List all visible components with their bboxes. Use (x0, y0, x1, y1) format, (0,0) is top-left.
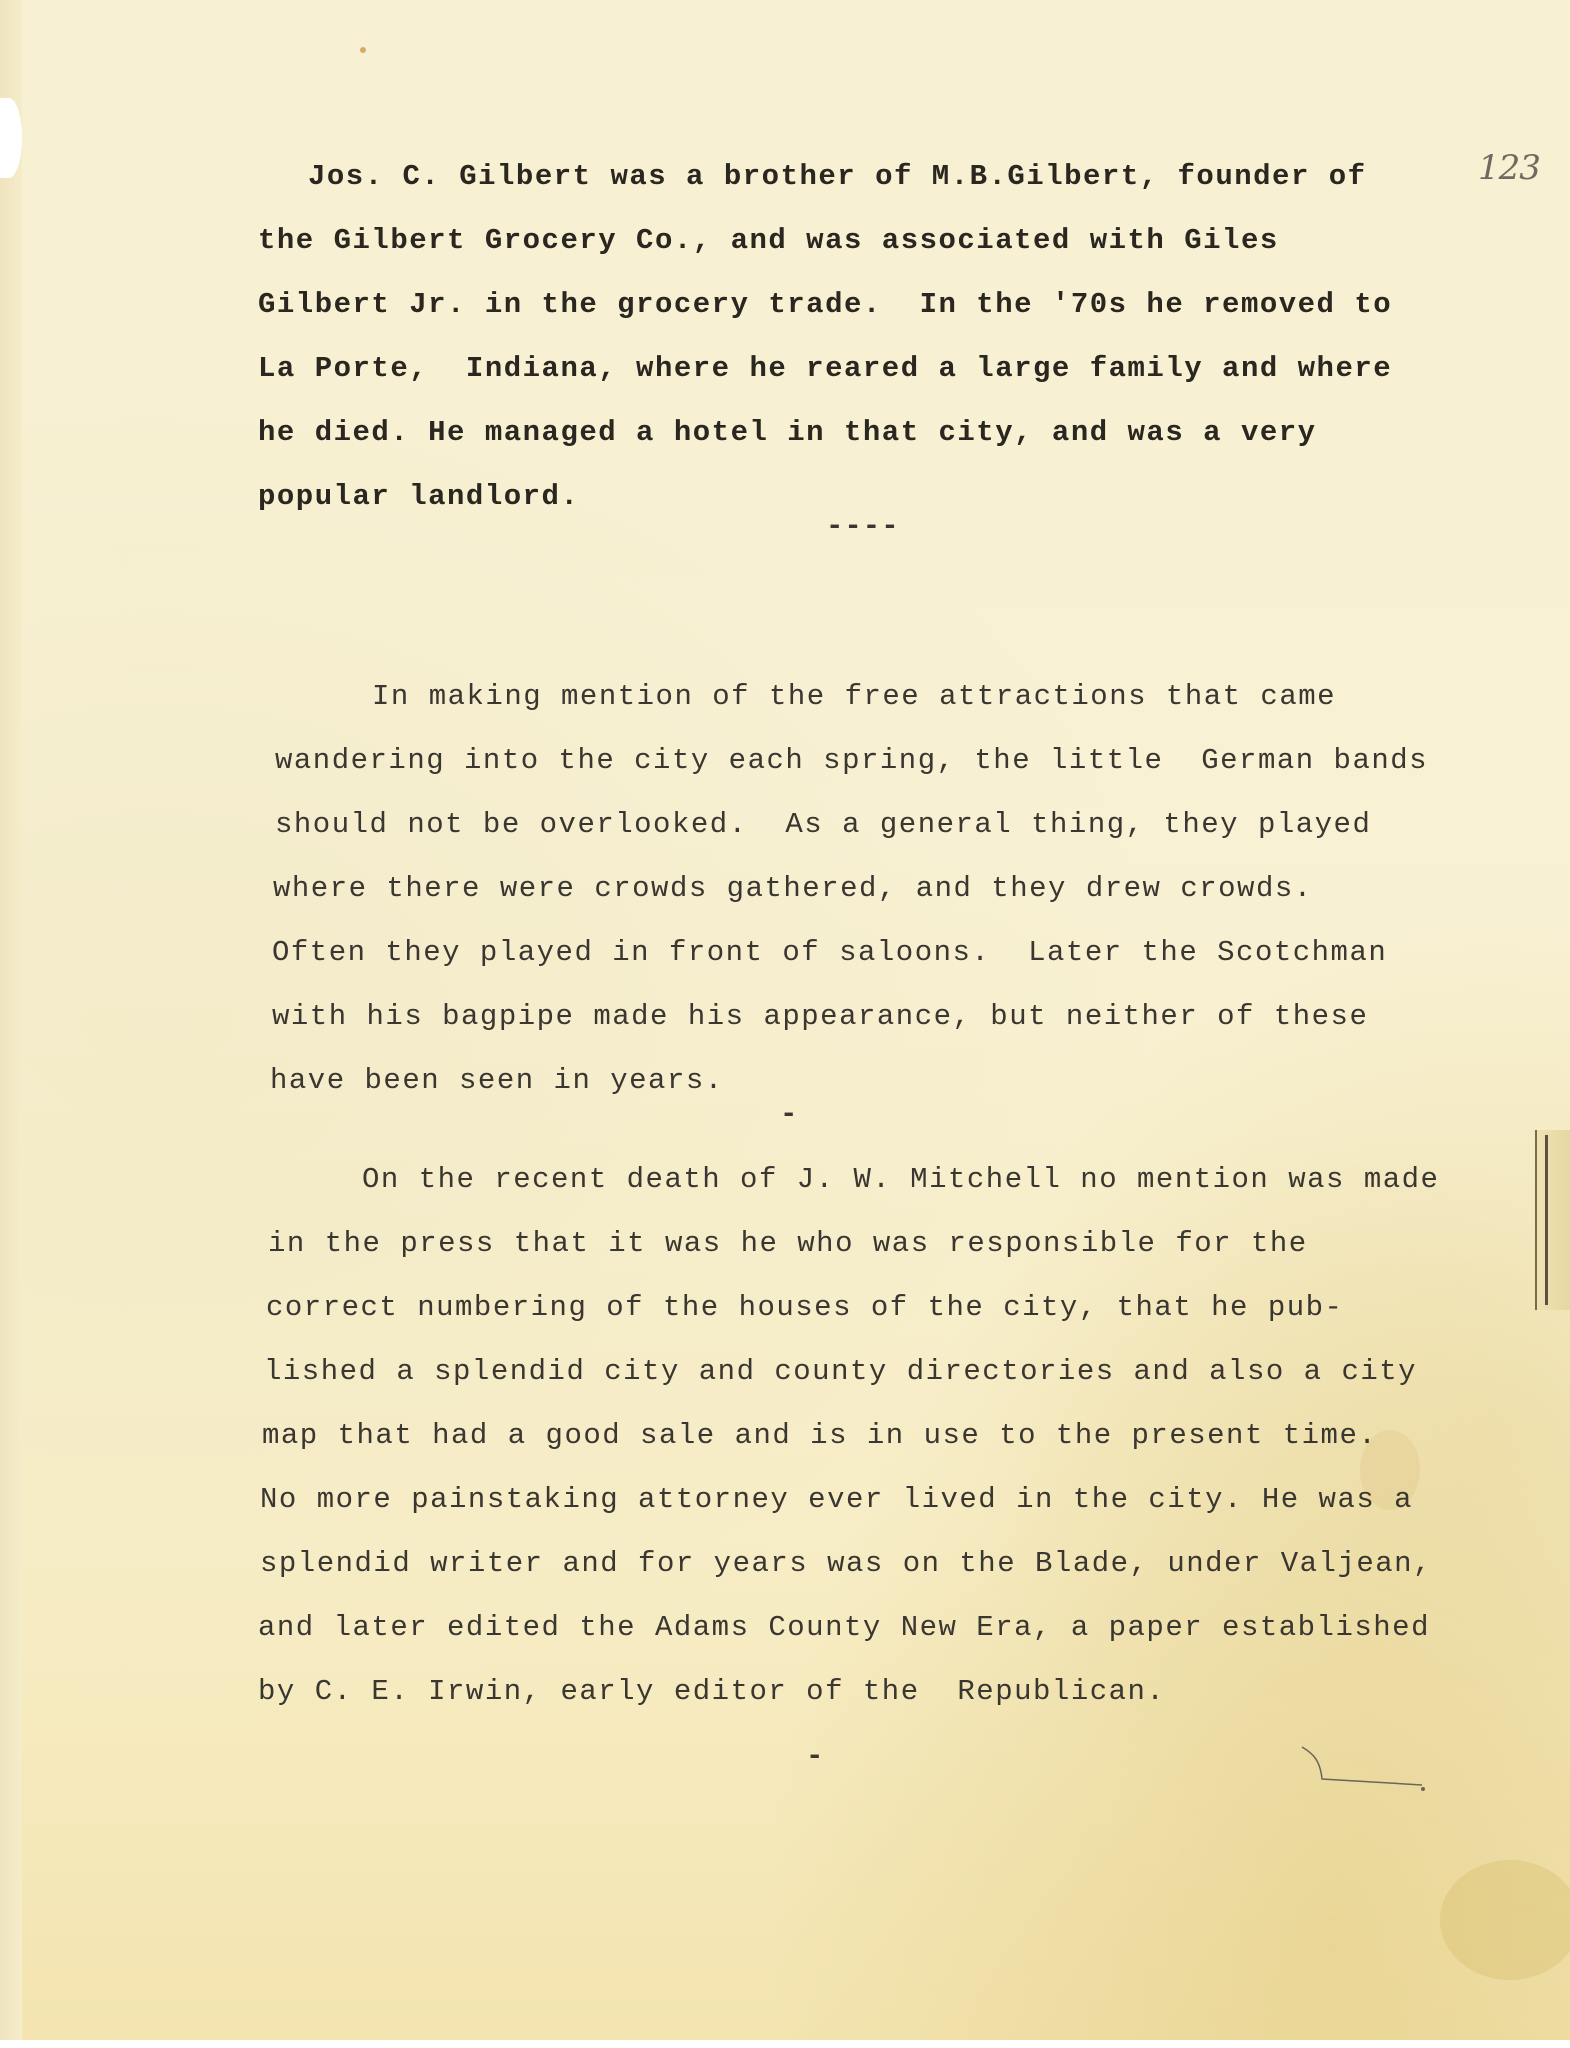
attached-paper-strip (1535, 1130, 1570, 1310)
text-line: Gilbert Jr. in the grocery trade. In the… (258, 288, 1392, 321)
text-line: On the recent death of J. W. Mitchell no… (362, 1163, 1439, 1196)
text-line: and later edited the Adams County New Er… (258, 1611, 1430, 1644)
section-separator: ---- (826, 510, 900, 543)
text-line: popular landlord. (258, 480, 579, 513)
paper-strip-edge (1545, 1135, 1548, 1305)
text-line: the Gilbert Grocery Co., and was associa… (258, 224, 1279, 257)
text-line: have been seen in years. (270, 1064, 724, 1097)
section-separator: - (806, 1740, 824, 1773)
text-line: La Porte, Indiana, where he reared a lar… (258, 352, 1392, 385)
text-line: in the press that it was he who was resp… (268, 1227, 1308, 1260)
text-line: Jos. C. Gilbert was a brother of M.B.Gil… (308, 160, 1367, 193)
text-line: map that had a good sale and is in use t… (262, 1419, 1377, 1452)
text-line: should not be overlooked. As a general t… (275, 808, 1371, 841)
page-bottom-edge (0, 2040, 1570, 2048)
text-line: In making mention of the free attraction… (372, 680, 1336, 713)
handwritten-page-number: 123 (1478, 148, 1540, 188)
text-line: No more painstaking attorney ever lived … (260, 1483, 1413, 1516)
document-page: 123 Jos. C. Gilbert was a brother of M.B… (0, 0, 1570, 2048)
text-line: lished a splendid city and county direct… (264, 1355, 1417, 1388)
pencil-mark (1300, 1745, 1460, 1805)
text-line: he died. He managed a hotel in that city… (258, 416, 1317, 449)
text-line: splendid writer and for years was on the… (260, 1547, 1432, 1580)
text-line: by C. E. Irwin, early editor of the Repu… (258, 1675, 1165, 1708)
text-line: wandering into the city each spring, the… (275, 744, 1428, 777)
section-separator: - (780, 1098, 798, 1131)
text-line: Often they played in front of saloons. L… (272, 936, 1387, 969)
stain (1440, 1860, 1570, 1980)
stain (360, 47, 366, 53)
text-line: where there were crowds gathered, and th… (273, 872, 1313, 905)
text-line: correct numbering of the houses of the c… (266, 1291, 1343, 1324)
text-line: with his bagpipe made his appearance, bu… (272, 1000, 1368, 1033)
paragraph-mitchell: On the recent death of J. W. Mitchell no… (0, 0, 76, 363)
